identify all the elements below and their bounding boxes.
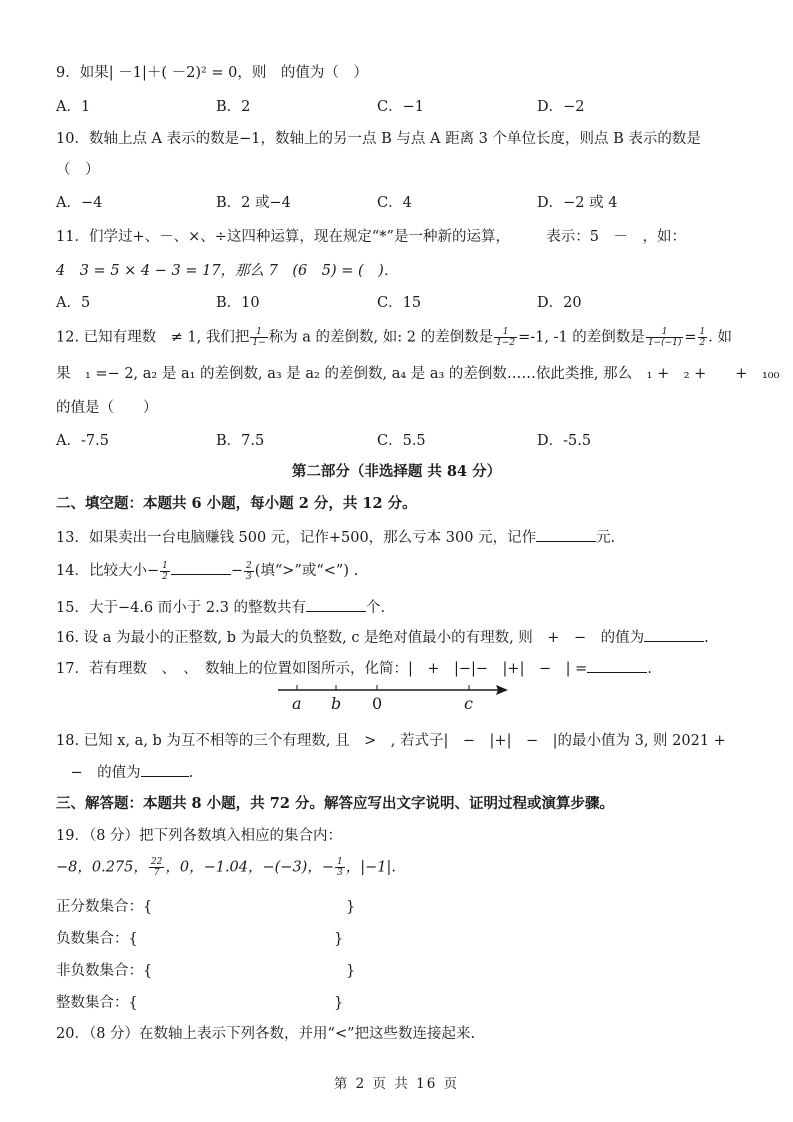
page-footer: 第 2 页 共 16 页: [0, 1072, 793, 1092]
question-9-options: A．1 B．2 C．−1 D．−2: [56, 97, 756, 117]
question-16: 16. 设 a 为最小的正整数, b 为最大的负整数, c 是绝对值最小的有理数…: [56, 627, 709, 648]
q12-text-a: 12. 已知有理数 ≠ 1, 我们把: [56, 330, 249, 346]
fraction: 11−: [250, 327, 267, 348]
numbers-text-a: −8，0.275，: [56, 860, 148, 876]
q12-text-d: =: [684, 330, 696, 346]
minus-sign: −: [231, 563, 243, 579]
set-label: 正分数集合：{: [56, 899, 152, 915]
option-d: D．-5.5: [537, 431, 591, 451]
answer-blank[interactable]: [171, 560, 231, 575]
label-c: c: [464, 694, 473, 713]
set-close-brace: }: [346, 961, 355, 981]
question-18-stem: 18. 已知 x, a, b 为互不相等的三个有理数, 且 > , 若式子| −…: [56, 731, 726, 751]
option-c: C．15: [377, 293, 421, 313]
question-13: 13．如果卖出一台电脑赚钱 500 元，记作+500，那么亏本 300 元，记作…: [56, 527, 615, 548]
option-d: D．20: [537, 293, 582, 313]
option-b: B．2 或−4: [216, 193, 291, 213]
q14-text-b: (填“>”或“<”) .: [255, 563, 358, 579]
set-label: 非负数集合：{: [56, 963, 152, 979]
q18-text-b: .: [189, 765, 194, 781]
q12-text-c: =-1, -1 的差倒数是: [518, 330, 645, 346]
label-a: a: [292, 694, 302, 713]
fraction: 227: [149, 857, 164, 878]
option-b: B．7.5: [216, 431, 264, 451]
option-a: A．1: [56, 97, 90, 117]
fraction: 11−(−1): [646, 327, 684, 348]
option-d: D．−2: [537, 97, 585, 117]
answer-blank[interactable]: [536, 527, 596, 542]
q15-text-a: 15．大于−4.6 而小于 2.3 的整数共有: [56, 600, 306, 616]
question-19-numbers: −8，0.275，227，0，−1.04，−(−3)，−13，|−1|.: [56, 857, 396, 878]
question-11-stem-line2: 4 3 = 5 × 4 − 3 = 17，那么 7 (6 5) = ( )．: [56, 261, 398, 281]
question-15: 15．大于−4.6 而小于 2.3 的整数共有个.: [56, 597, 385, 618]
q16-text-b: .: [704, 630, 709, 646]
fraction: 13: [335, 857, 345, 878]
label-b: b: [331, 694, 341, 713]
option-a: A．−4: [56, 193, 102, 213]
option-c: C．4: [377, 193, 412, 213]
question-12-stem-line3: 的值是（ ）: [56, 398, 158, 418]
option-c: C．5.5: [377, 431, 426, 451]
option-a: A．-7.5: [56, 431, 109, 451]
q12-text-b: 称为 a 的差倒数, 如: 2 的差倒数是: [269, 330, 493, 346]
question-18-stem-line2: − 的值为.: [56, 762, 193, 783]
set-close-brace: }: [346, 897, 355, 917]
q13-text-a: 13．如果卖出一台电脑赚钱 500 元，记作+500，那么亏本 300 元，记作: [56, 530, 536, 546]
option-b: B．2: [216, 97, 250, 117]
label-zero: 0: [372, 694, 382, 713]
set-close-brace: }: [334, 929, 343, 949]
option-b: B．10: [216, 293, 260, 313]
fraction: 12: [160, 561, 170, 582]
section-3-heading: 三、解答题：本题共 8 小题，共 72 分。解答应写出文字说明、证明过程或演算步…: [56, 794, 614, 814]
answer-blank[interactable]: [644, 627, 704, 642]
set-non-negative-numbers[interactable]: 非负数集合：{ }: [56, 961, 756, 981]
q13-text-b: 元.: [596, 530, 615, 546]
option-c: C．−1: [377, 97, 424, 117]
section-2-heading: 二、填空题：本题共 6 小题，每小题 2 分，共 12 分。: [56, 494, 417, 514]
set-label: 整数集合：{: [56, 995, 138, 1011]
q15-text-b: 个.: [366, 600, 385, 616]
option-a: A．5: [56, 293, 90, 313]
question-12-options: A．-7.5 B．7.5 C．5.5 D．-5.5: [56, 431, 756, 451]
question-14: 14．比较大小−12−23(填“>”或“<”) .: [56, 560, 358, 582]
number-line-axis: [270, 682, 520, 722]
part-2-title: 第二部分（非选择题 共 84 分）: [0, 462, 793, 482]
question-12-stem: 12. 已知有理数 ≠ 1, 我们把11−称为 a 的差倒数, 如: 2 的差倒…: [56, 327, 732, 348]
question-9-stem: 9．如果| －1|＋( －2)² = 0，则 的值为（ ）: [56, 63, 368, 83]
answer-blank[interactable]: [587, 658, 647, 673]
numbers-text-c: ，|−1|.: [346, 860, 396, 876]
question-19-stem: 19．（8 分）把下列各数填入相应的集合内：: [56, 826, 342, 846]
question-11-stem: 11．们学过+、－、×、÷这四种运算，现在规定“*”是一种新的运算， 表示：5 …: [56, 227, 686, 247]
q18-text-a: − 的值为: [56, 765, 141, 781]
set-label: 负数集合：{: [56, 931, 138, 947]
q12-text-e: . 如: [708, 330, 732, 346]
question-11-options: A．5 B．10 C．15 D．20: [56, 293, 756, 313]
question-17: 17．若有理数 、 、 数轴上的位置如图所示，化简：| + |−|− |+| −…: [56, 658, 652, 679]
question-10-options: A．−4 B．2 或−4 C．4 D．−2 或 4: [56, 193, 756, 213]
question-10-stem-line2: （ ）: [56, 160, 100, 180]
question-20-stem: 20．（8 分）在数轴上表示下列各数，并用“<”把这些数连接起来.: [56, 1024, 475, 1044]
set-integers[interactable]: 整数集合：{ }: [56, 993, 756, 1013]
fraction: 12: [698, 327, 708, 348]
number-line-figure: a b 0 c: [270, 682, 520, 722]
numbers-text-b: ，0，−1.04，−(−3)，−: [165, 860, 334, 876]
q17-text-b: .: [647, 661, 652, 677]
answer-blank[interactable]: [306, 597, 366, 612]
q14-text-a: 14．比较大小−: [56, 563, 159, 579]
fraction: 23: [244, 561, 254, 582]
question-12-stem-line2: 果 ₁ =− 2, a₂ 是 a₁ 的差倒数, a₃ 是 a₂ 的差倒数, a₄…: [56, 364, 779, 384]
q16-text-a: 16. 设 a 为最小的正整数, b 为最大的负整数, c 是绝对值最小的有理数…: [56, 630, 644, 646]
question-10-stem: 10．数轴上点 A 表示的数是−1，数轴上的另一点 B 与点 A 距离 3 个单…: [56, 129, 701, 149]
fraction: 11−2: [494, 327, 517, 348]
set-negative-numbers[interactable]: 负数集合：{ }: [56, 929, 756, 949]
answer-blank[interactable]: [141, 762, 189, 777]
q17-text-a: 17．若有理数 、 、 数轴上的位置如图所示，化简：| + |−|− |+| −…: [56, 661, 587, 677]
option-d: D．−2 或 4: [537, 193, 617, 213]
set-positive-fractions[interactable]: 正分数集合：{ }: [56, 897, 756, 917]
set-close-brace: }: [334, 993, 343, 1013]
